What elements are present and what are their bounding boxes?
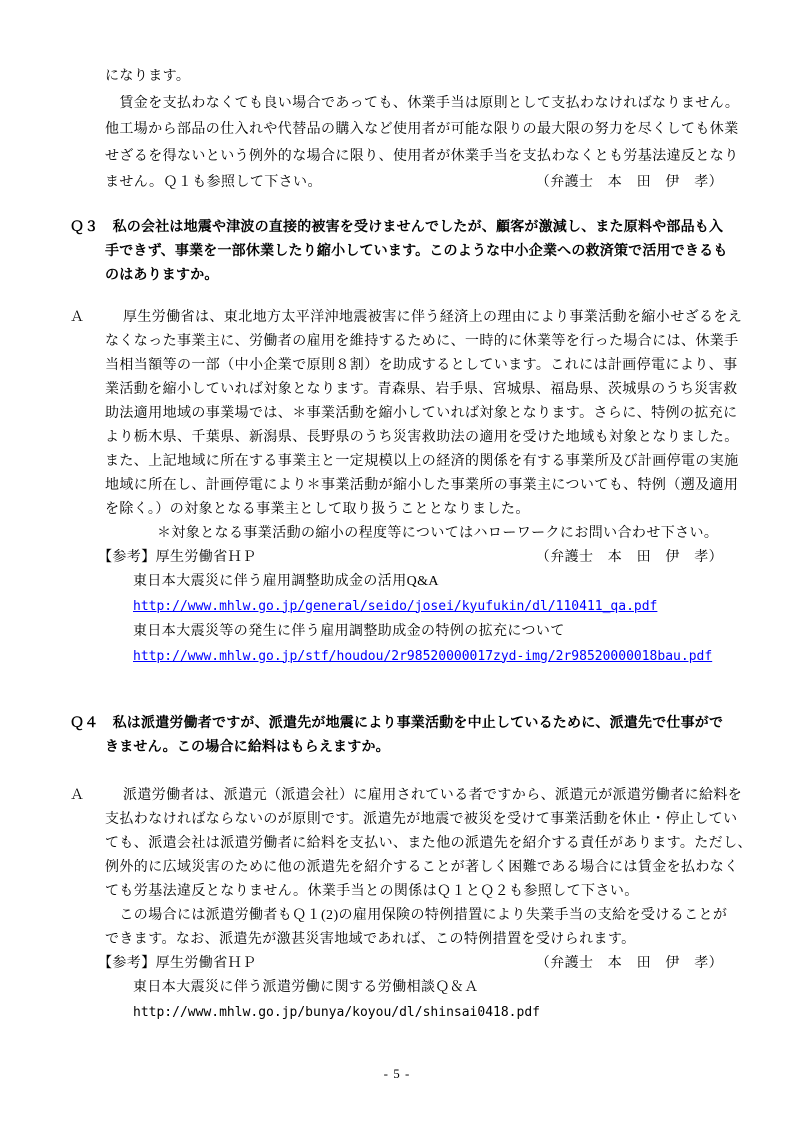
q4-heading-line: きません。この場合に給料はもらえますか。 [105,734,794,758]
page-number: - 5 - [0,1066,794,1082]
answer-line-text: 派遣労働者は、派遣元（派遣会社）に雇用されている者ですから、派遣元が派遣労働者に… [123,784,742,808]
q3-heading-line: 手できず、事業を一部休業したり縮小しています。このような中小企業への救済策で活用… [105,238,794,262]
mhlw-shinsai-pdf-url: http://www.mhlw.go.jp/bunya/koyou/dl/shi… [133,1005,540,1020]
answer-line: を除く。）の対象となる事業主として取り扱うこととなりました。 [105,498,794,522]
lawyer-signature: （弁護士 本 田 伊 孝） [536,952,723,976]
question-3-heading: Ｑ３ 私の会社は地震や津波の直接的被害を受けませんでしたが、顧客が激減し、また原… [0,214,794,286]
footnote-line: ＊対象となる事業活動の縮小の程度等についてはハローワークにお問い合わせ下さい。 [157,522,794,546]
answer-line: また、上記地域に所在する事業主と一定規模以上の経済的関係を有する事業所及び計画停… [105,450,794,474]
reference-caption: 東日本大震災に伴う雇用調整助成金の活用Q&A [133,570,794,594]
answer-line: より栃木県、千葉県、新潟県、長野県のうち災害救助法の適用を受けた地域も対象となり… [105,426,794,450]
lawyer-signature: （弁護士 本 田 伊 孝） [536,170,723,197]
mhlw-qa-pdf-link[interactable]: http://www.mhlw.go.jp/general/seido/jose… [133,599,657,614]
answer-line: 地域に所在し、計画停電により＊事業活動が縮小した事業所の事業主についても、特例（… [105,474,794,498]
answer-line: 助法適用地域の事業場では、＊事業活動を縮小していれば対象となります。さらに、特例… [105,402,794,426]
intro-section: になります。 賃金を支払わなくても良い場合であっても、休業手当は原則として支払わ… [0,0,794,197]
intro-line-text: ません。Ｑ１も参照して下さい。 [105,170,322,197]
intro-last-line: ません。Ｑ１も参照して下さい。 （弁護士 本 田 伊 孝） [105,170,723,197]
answer-line: ても、派遣会社は派遣労働者に給料を支払い、また他の派遣先を紹介する責任があります… [105,832,794,856]
answer-line: この場合には派遣労働者もＱ１(2)の雇用保険の特例措置により失業手当の支給を受け… [105,904,794,928]
reference-title: 【参考】厚生労働省ＨＰ [98,952,256,976]
answer-line: なくなった事業主に、労働者の雇用を維持するために、一時的に休業等を行った場合には… [105,330,794,354]
intro-line: せざるを得ないという例外的な場合に限り、使用者が休業手当を支払わなくとも労基法違… [105,144,794,171]
reference-url-row: http://www.mhlw.go.jp/stf/houdou/2r98520… [133,644,794,670]
reference-caption: 東日本大震災等の発生に伴う雇用調整助成金の特例の拡充について [133,620,794,644]
answer-line: できます。なお、派遣先が激甚災害地域であれば、この特例措置を受けられます。 [105,928,794,952]
reference-header: 【参考】厚生労働省ＨＰ （弁護士 本 田 伊 孝） [98,546,723,570]
q4-heading-line: Ｑ４ 私は派遣労働者ですが、派遣先が地震により事業活動を中止しているために、派遣… [70,710,794,734]
answer-3-first-line: Ａ 厚生労働省は、東北地方太平洋沖地震被害に伴う経済上の理由により事業活動を縮小… [70,306,794,330]
reference-header: 【参考】厚生労働省ＨＰ （弁護士 本 田 伊 孝） [98,952,723,976]
answer-4-section: Ａ 派遣労働者は、派遣元（派遣会社）に雇用されている者ですから、派遣元が派遣労働… [0,784,794,1026]
answer-line-text: 厚生労働省は、東北地方太平洋沖地震被害に伴う経済上の理由により事業活動を縮小せざ… [123,306,742,330]
answer-line: 業活動を縮小していれば対象となります。青森県、岩手県、宮城県、福島県、茨城県のう… [105,378,794,402]
answer-label: Ａ [70,306,123,330]
reference-url-row: http://www.mhlw.go.jp/general/seido/jose… [133,594,794,620]
answer-line: ても労基法違反となりません。休業手当との関係はＱ１とＱ２も参照して下さい。 [105,880,794,904]
reference-title: 【参考】厚生労働省ＨＰ [98,546,256,570]
q3-heading-line: のはありますか。 [105,262,794,286]
q3-heading-line: Ｑ３ 私の会社は地震や津波の直接的被害を受けませんでしたが、顧客が激減し、また原… [70,214,794,238]
mhlw-houdou-pdf-link[interactable]: http://www.mhlw.go.jp/stf/houdou/2r98520… [133,649,712,664]
intro-line: 賃金を支払わなくても良い場合であっても、休業手当は原則として支払わなければなりま… [105,91,794,118]
answer-line: 支払わなければならないのが原則です。派遣先が地震で被災を受けて事業活動を休止・停… [105,808,794,832]
reference-caption: 東日本大震災に伴う派遣労働に関する労働相談Ｑ＆Ａ [133,976,794,1000]
question-4-heading: Ｑ４ 私は派遣労働者ですが、派遣先が地震により事業活動を中止しているために、派遣… [0,710,794,758]
answer-3-section: Ａ 厚生労働省は、東北地方太平洋沖地震被害に伴う経済上の理由により事業活動を縮小… [0,306,794,670]
lawyer-signature: （弁護士 本 田 伊 孝） [536,546,723,570]
answer-4-first-line: Ａ 派遣労働者は、派遣元（派遣会社）に雇用されている者ですから、派遣元が派遣労働… [70,784,794,808]
answer-line: 当相当額等の一部（中小企業で原則８割）を助成するとしています。これには計画停電に… [105,354,794,378]
reference-url-row: http://www.mhlw.go.jp/bunya/koyou/dl/shi… [133,1000,794,1026]
document-page: になります。 賃金を支払わなくても良い場合であっても、休業手当は原則として支払わ… [0,0,794,1123]
intro-line: になります。 [105,64,794,91]
intro-line: 他工場から部品の仕入れや代替品の購入など使用者が可能な限りの最大限の努力を尽くし… [105,117,794,144]
answer-label: Ａ [70,784,123,808]
answer-line: 例外的に広域災害のために他の派遣先を紹介することが著しく困難である場合には賃金を… [105,856,794,880]
